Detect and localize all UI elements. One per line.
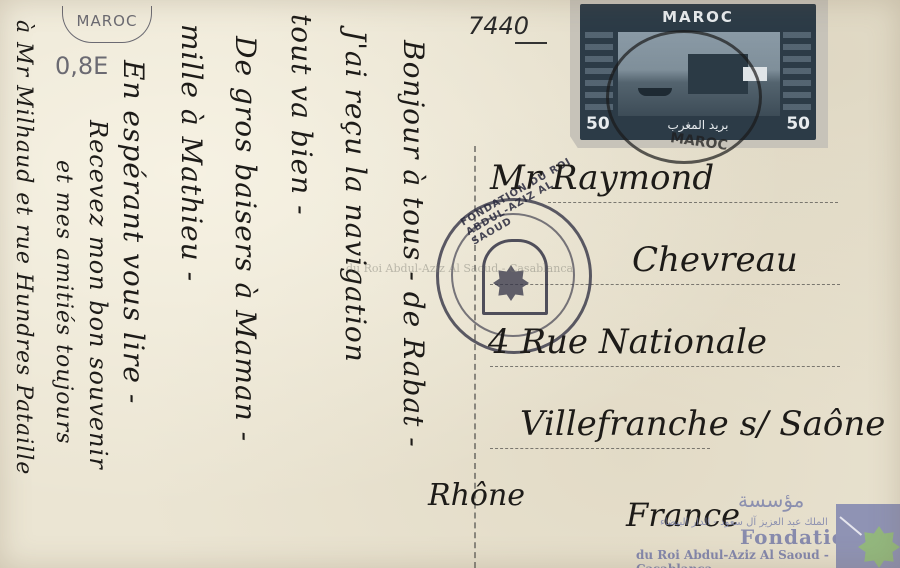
archive-mark-label: MAROC bbox=[62, 6, 152, 43]
address-rule bbox=[490, 366, 840, 367]
address-department: Rhône bbox=[428, 478, 525, 513]
address-rule bbox=[548, 202, 838, 203]
message-line-4: De gros baisers à Maman - bbox=[229, 36, 262, 442]
foundation-logo-icon bbox=[836, 504, 900, 568]
address-line-1: Mr Raymond bbox=[490, 158, 714, 198]
star-icon bbox=[858, 526, 900, 568]
address-line-2: Chevreau bbox=[632, 240, 798, 280]
stamp-border-ornament bbox=[783, 32, 811, 116]
faded-watermark: du Roi Abdul-Aziz Al Saoud - Casablanca bbox=[346, 262, 573, 275]
address-rule bbox=[490, 448, 710, 449]
message-line-6: En espérant vous lire - bbox=[117, 60, 150, 404]
message-line-3: tout va bien - bbox=[285, 14, 318, 216]
message-line-5: mille à Mathieu - bbox=[175, 24, 208, 282]
reference-number: 7440 bbox=[468, 12, 529, 40]
reference-underline bbox=[515, 42, 547, 44]
address-line-3: 4 Rue Nationale bbox=[488, 322, 767, 362]
message-line-9: à Mr Milhaud et rue Hundres Pataille bbox=[11, 20, 36, 475]
address-country: France bbox=[626, 496, 740, 534]
message-line-7: Recevez mon bon souvenir bbox=[84, 120, 112, 470]
postcard-back: MAROC 0,8E 7440 Bonjour à tous - de Raba… bbox=[0, 0, 900, 568]
watermark-arabic-title: مؤسسة bbox=[738, 488, 804, 512]
message-line-2: J'ai reçu la navigation bbox=[339, 30, 372, 363]
address-line-4: Villefranche s/ Saône bbox=[520, 404, 885, 444]
stamp-value-right: 50 bbox=[786, 114, 810, 134]
stamp-country: MAROC bbox=[580, 8, 816, 26]
price-pencil: 0,8E bbox=[55, 52, 108, 80]
message-line-1: Bonjour à tous - de Rabat - bbox=[397, 40, 430, 448]
message-line-8: et mes amitiés toujours bbox=[51, 160, 76, 445]
